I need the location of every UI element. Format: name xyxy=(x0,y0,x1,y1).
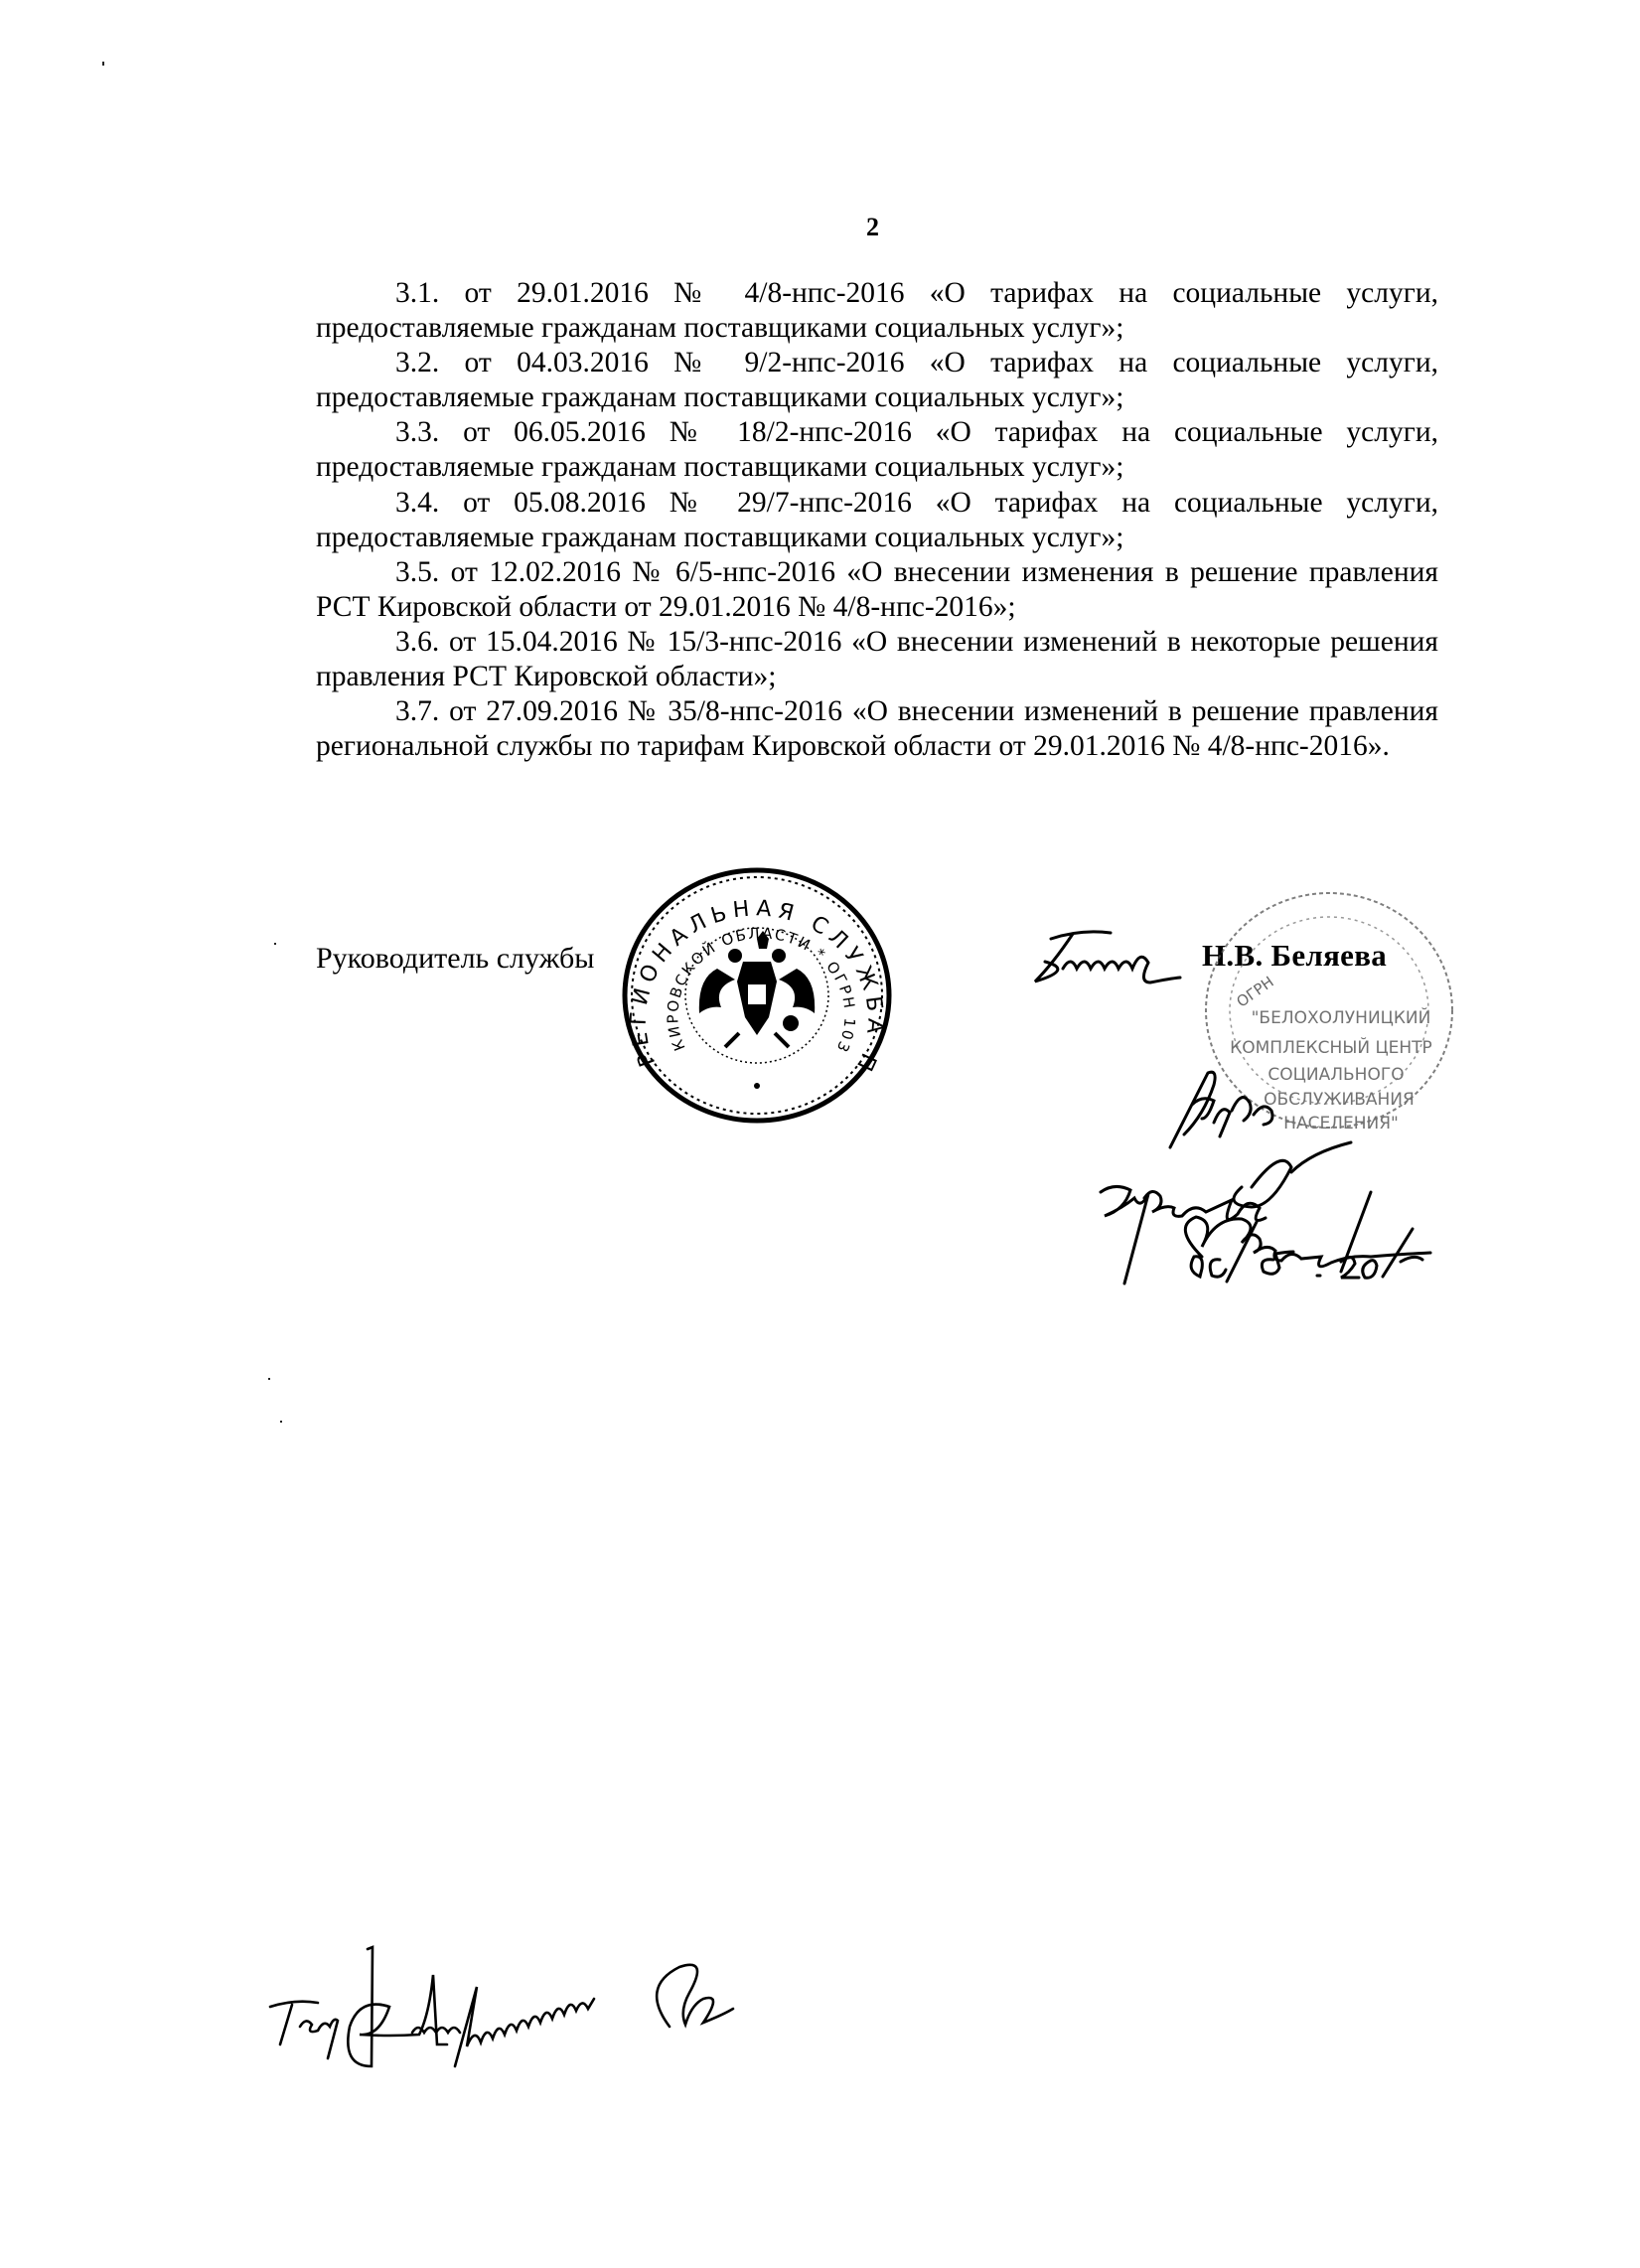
stamp-center-line-1: "БЕЛОХОЛУНИЦКИЙ xyxy=(1252,1006,1431,1028)
stamp-inner-text: КИРОВСКОЙ ОБЛАСТИ * ОГРН 1034345002665 xyxy=(0,0,858,1056)
stamp-center-line-4: ОБСЛУЖИВАНИЯ xyxy=(1264,1090,1415,1110)
scan-mark xyxy=(274,943,276,945)
stamp-center-line-5: НАСЕЛЕНИЯ" xyxy=(1283,1114,1399,1134)
stamp-center-line-2: КОМПЛЕКСНЫЙ ЦЕНТР xyxy=(1230,1036,1432,1058)
stamp-outer-text: РЕГИОНАЛЬНАЯ СЛУЖБА ПО ТАРИФАМ xyxy=(0,0,887,1080)
head-signature xyxy=(1035,932,1180,983)
stamp-center-line-3: СОЦИАЛЬНОГО xyxy=(1267,1065,1404,1085)
svg-text:ОГРН: ОГРН xyxy=(1233,973,1276,1010)
document-page: 2 3.1. от 29.01.2016 № 4/8-нпс-2016 «О т… xyxy=(0,0,1640,2268)
approval-signatures xyxy=(270,1947,733,2066)
scan-mark xyxy=(268,1378,270,1380)
scan-mark xyxy=(102,62,104,66)
scan-mark xyxy=(280,1421,282,1423)
official-stamp: РЕГИОНАЛЬНАЯ СЛУЖБА ПО ТАРИФАМ КИРОВСКОЙ… xyxy=(0,0,889,1121)
